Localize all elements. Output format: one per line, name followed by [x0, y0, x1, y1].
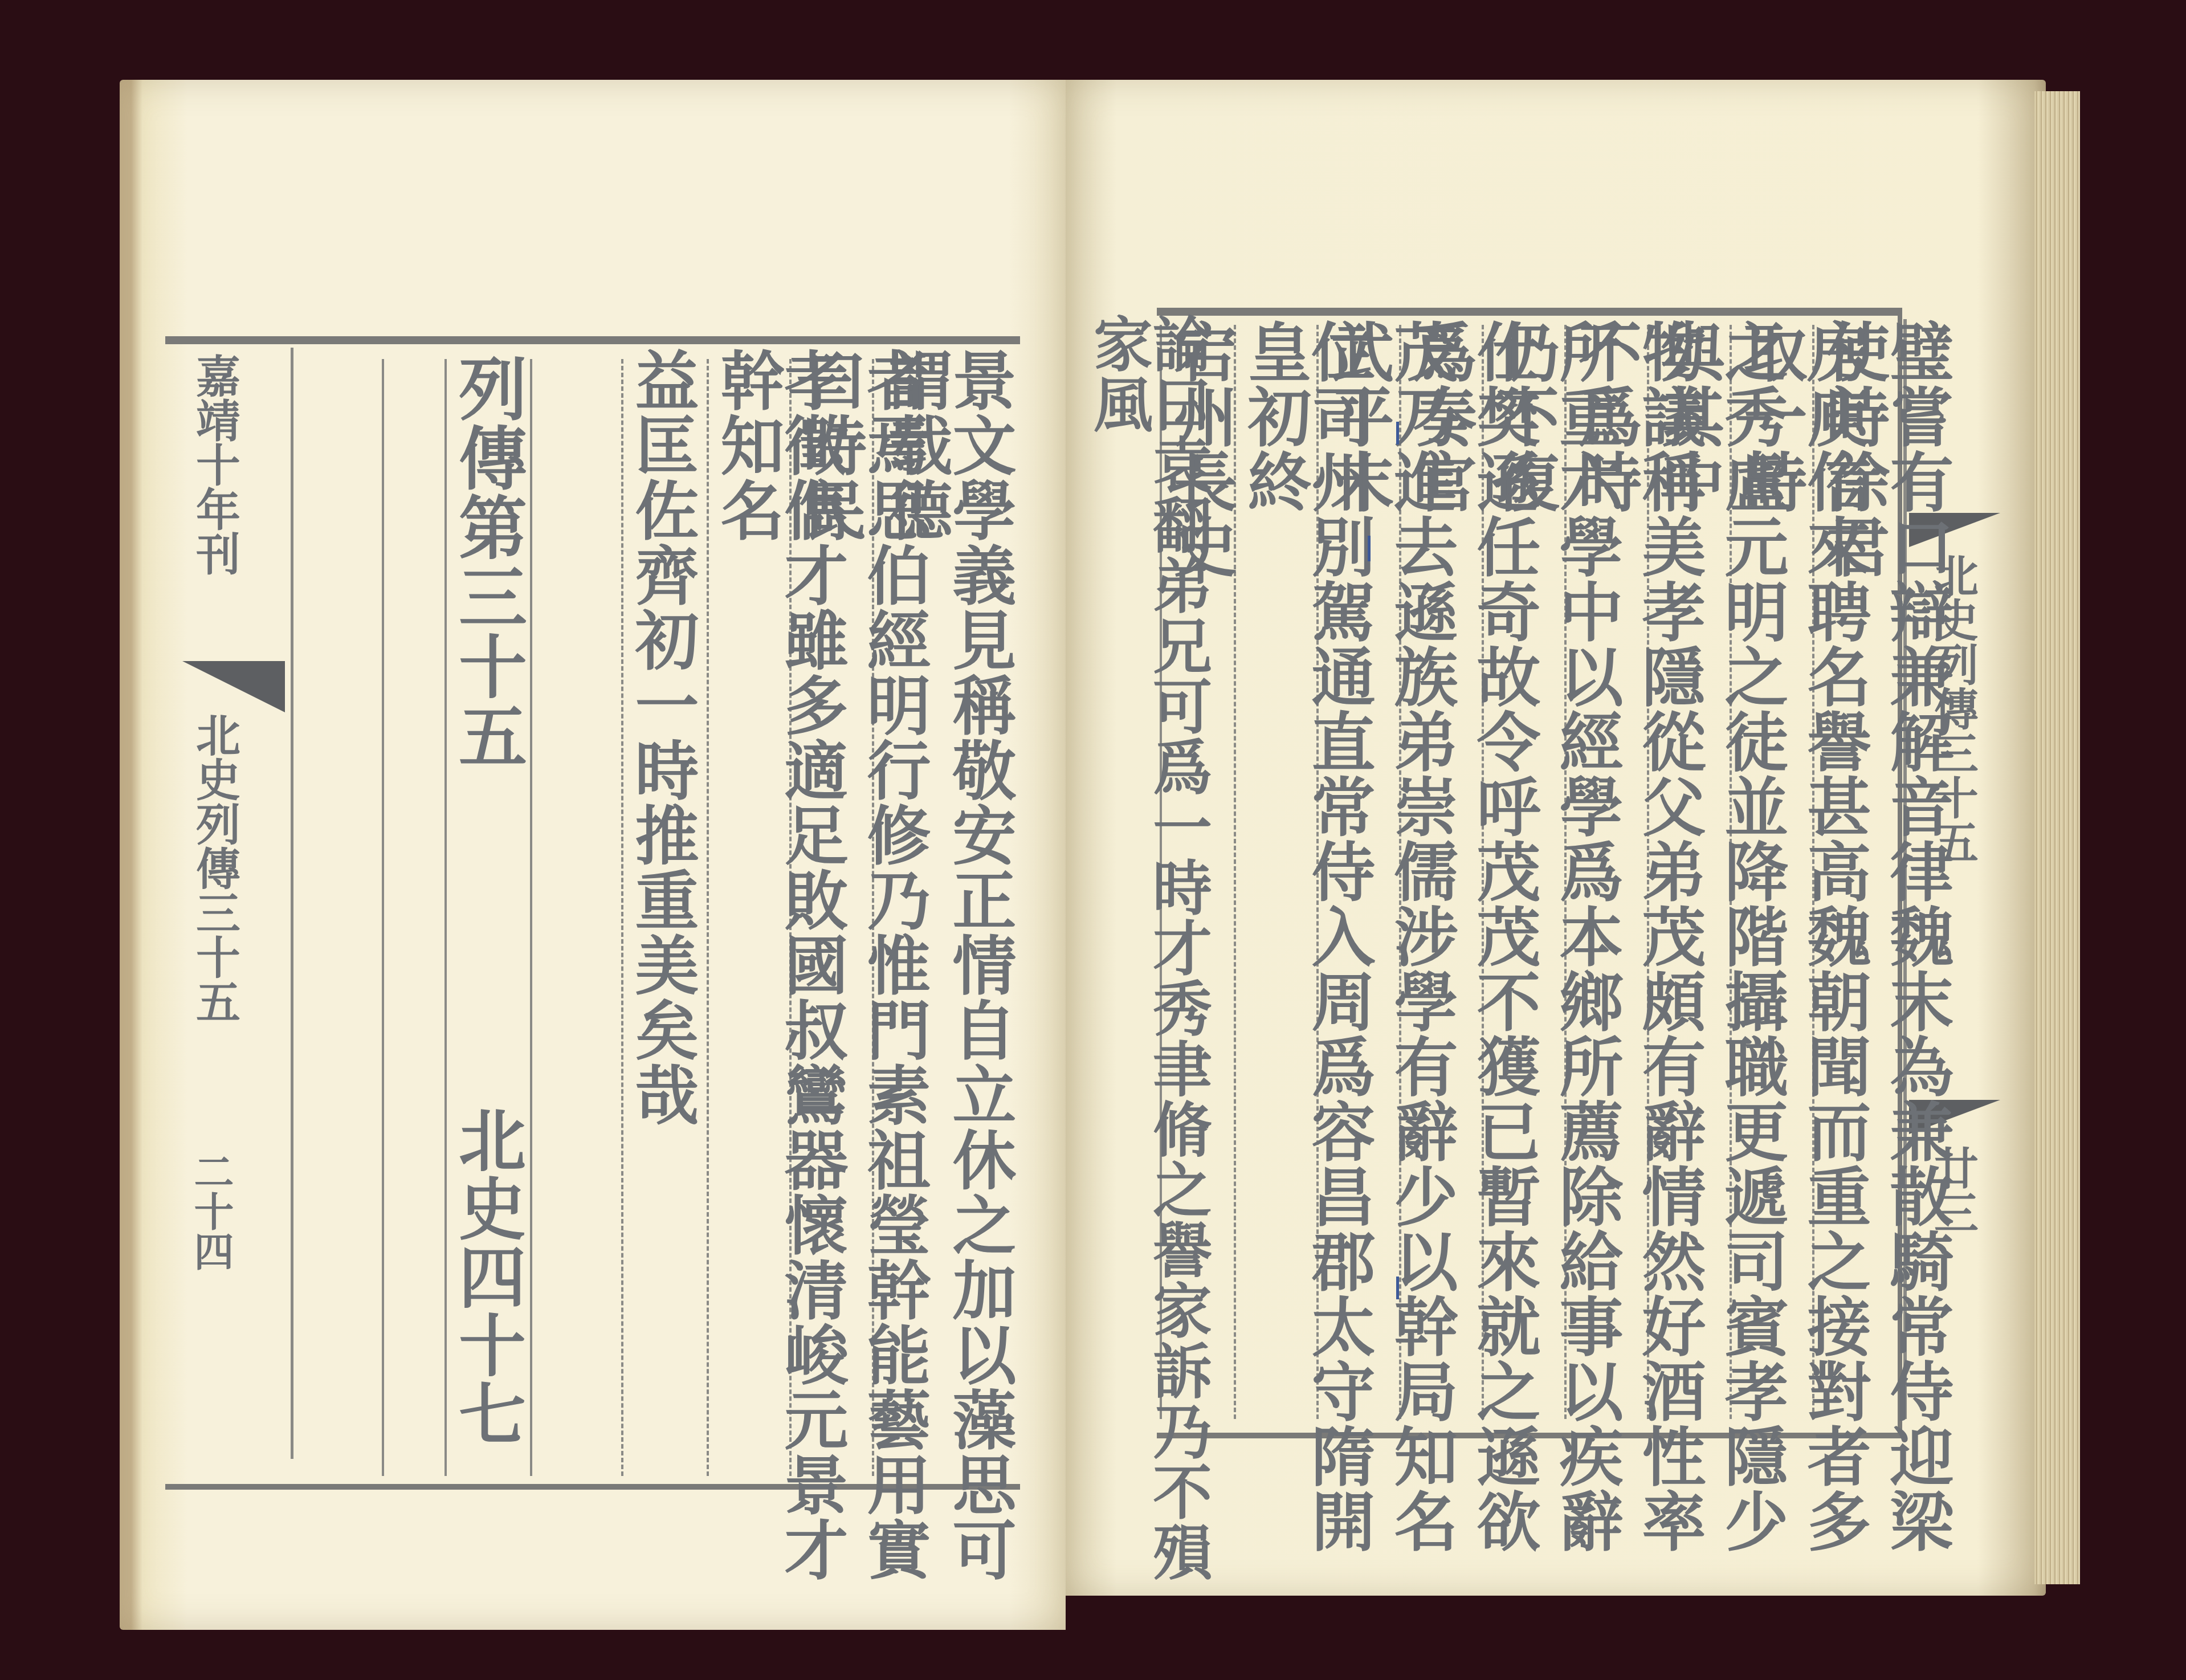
book-volume-label: 北史四十七 — [453, 1106, 520, 1447]
commentary-column: 論曰袁翻弟兄可爲一時才秀聿脩之譽家訴乃不殞家風 — [1088, 313, 1207, 1596]
chapter-title: 列傳第三十五 — [453, 353, 521, 770]
fore-edge-edition: 嘉靖十年刊 — [182, 353, 246, 576]
text-column: 位司州別駕通直常侍入周爲容昌郡太守隋開皇初終 — [1242, 319, 1370, 1596]
fore-edge-page-number: 二十四 — [182, 1151, 240, 1271]
fore-edge-title: 北史列傳三十五 — [182, 712, 246, 1024]
open-book: 嘉靖十年刊 北史列傳三十五 二十四 列傳第三十五 北史四十七 景文學義見稱敬安正… — [120, 80, 2080, 1636]
text-column: 益匡佐齊初一時推重美矣哉 — [630, 348, 694, 1127]
right-page: 北史列傳三十五 廿三 璧嘗有口辯兼解音律魏末為兼散騎常侍迎梁使時徐君 房庾信來聘… — [1066, 80, 2046, 1596]
blue-annotation-mark — [1396, 422, 1399, 445]
text-column: 孝徵儁才雖多適足敗國叔鸞器懷清峻元景才幹知名 — [715, 348, 843, 1630]
blue-annotation-mark — [1396, 1277, 1399, 1299]
fore-edge-rule — [291, 348, 293, 1459]
column-rule — [382, 359, 384, 1476]
column-rule — [444, 359, 447, 1476]
left-page: 嘉靖十年刊 北史列傳三十五 二十四 列傳第三十五 北史四十七 景文學義見稱敬安正… — [120, 80, 1066, 1630]
column-rule — [530, 359, 532, 1476]
page-edge-stack — [2034, 91, 2080, 1584]
column-rule — [621, 359, 623, 1476]
blue-annotation-mark — [1368, 536, 1371, 561]
column-rule — [707, 359, 709, 1476]
fish-tail-mark — [182, 661, 285, 712]
